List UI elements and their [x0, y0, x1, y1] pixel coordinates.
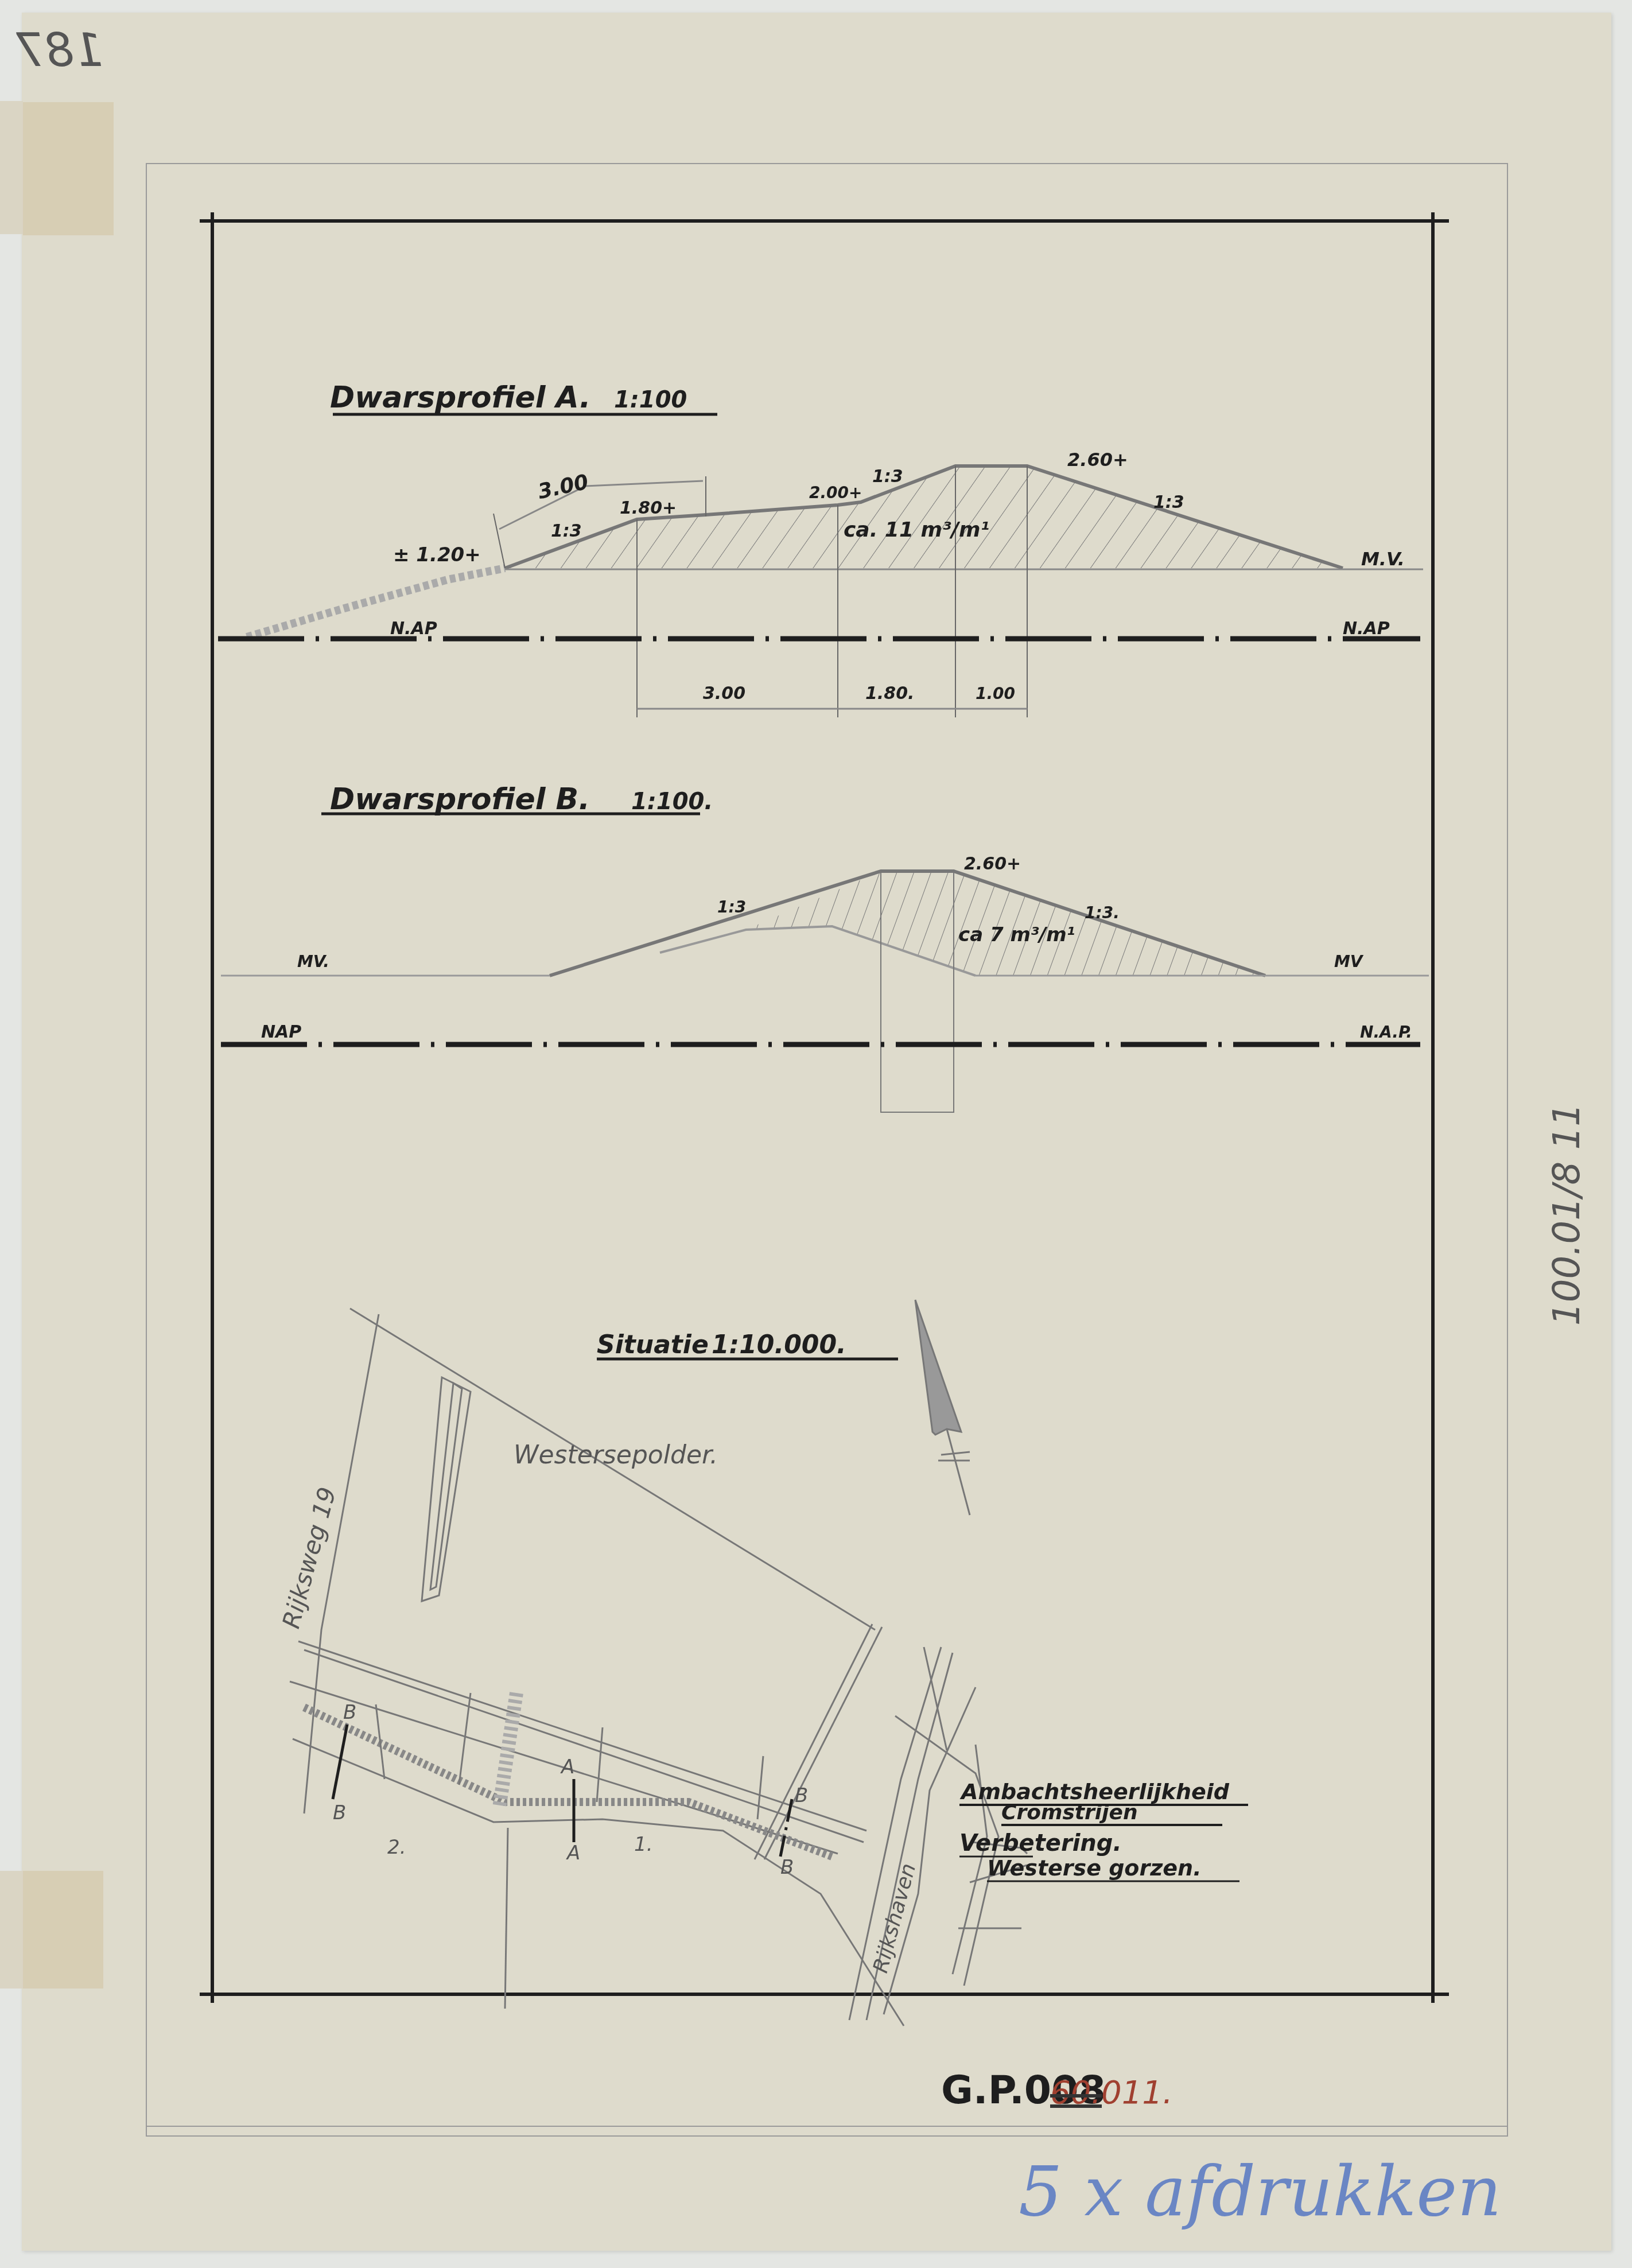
level-mid: 2.00+: [809, 483, 862, 502]
profile-a-scale: 1:100: [614, 387, 687, 413]
datum-right-a: N.AP: [1343, 619, 1390, 639]
subject-line2: Westerse gorzen.: [987, 1855, 1202, 1881]
section-b-bottom-right: B: [780, 1856, 794, 1879]
ground-left-b: MV.: [297, 952, 329, 971]
level-toe: ± 1.20+: [393, 543, 481, 566]
section-a-bottom: A: [566, 1842, 580, 1865]
section-b-bottom-left: B: [333, 1801, 346, 1824]
level-berm: 1.80+: [620, 498, 677, 518]
slope-left-b: 1:3: [717, 898, 746, 916]
ink-frame: [200, 212, 1449, 2003]
pencil-border: [146, 164, 1507, 2136]
situation-title: Situatie: [597, 1330, 709, 1360]
profile-a-title: Dwarsprofiel A.: [330, 380, 591, 415]
ground-right-b: MV: [1334, 952, 1364, 971]
profile-b: Dwarsprofiel B. 1:100. 2.60+ 1:3 1:3. ca…: [221, 782, 1429, 1112]
datum-left-a: N.AP: [390, 619, 437, 639]
archive-number: 100.01/8 11: [1546, 1103, 1588, 1326]
profile-b-scale: 1:100.: [631, 789, 713, 815]
back-number: 187: [15, 24, 103, 77]
section-a-top: A: [560, 1756, 574, 1778]
subject-line1: Verbetering.: [959, 1830, 1122, 1857]
slope-right: 1:3: [1153, 492, 1184, 512]
section-b-top-right: B: [795, 1784, 808, 1807]
polder-label: Westersepolder.: [514, 1440, 718, 1470]
datum-left-b: NAP: [261, 1022, 301, 1042]
authority-line2: Cromstrijen: [1001, 1801, 1138, 1824]
ground-label-a: M.V.: [1361, 548, 1405, 570]
situation-scale: 1:10.000.: [712, 1330, 846, 1360]
point-1: 1.: [634, 1833, 652, 1856]
technical-drawing: 187 Dwarsprofiel A. 1:100 3.00 ± 1.20+ 1…: [0, 0, 1632, 2268]
slope-lower: 1:3: [551, 521, 582, 541]
handwritten-note: 5 x afdrukken: [1019, 2152, 1501, 2232]
level-crest: 2.60+: [1067, 449, 1128, 471]
datum-right-b: N.A.P.: [1360, 1023, 1412, 1042]
section-b-top-left: B: [343, 1701, 356, 1724]
dim-berm-width: 3.00: [536, 470, 590, 504]
dim-1: 3.00: [703, 683, 745, 704]
profile-b-title: Dwarsprofiel B.: [330, 782, 590, 817]
profile-a: Dwarsprofiel A. 1:100 3.00 ± 1.20+ 1:3 1…: [218, 380, 1423, 717]
road-label: Rijksweg 19: [277, 1484, 341, 1631]
north-arrow-icon: [915, 1300, 961, 1435]
level-crest-b: 2.60+: [964, 854, 1021, 874]
situation-labels: Situatie 1:10.000. Rijksweg 19 Westersep…: [277, 1330, 920, 1975]
volume-b: ca 7 m³/m¹: [958, 923, 1075, 946]
dim-3: 1.00: [976, 684, 1015, 703]
dim-2: 1.80.: [865, 683, 914, 704]
volume-a: ca. 11 m³/m¹: [844, 518, 989, 542]
point-2: 2.: [387, 1836, 406, 1859]
title-block: Ambachtsheerlijkheid Cromstrijen Verbete…: [959, 1779, 1248, 1881]
slope-mid: 1:3: [872, 467, 903, 487]
slope-right-b: 1:3.: [1085, 903, 1120, 922]
harbour-label: Rijkshaven: [869, 1861, 920, 1976]
situation-map: [290, 1300, 1027, 2026]
